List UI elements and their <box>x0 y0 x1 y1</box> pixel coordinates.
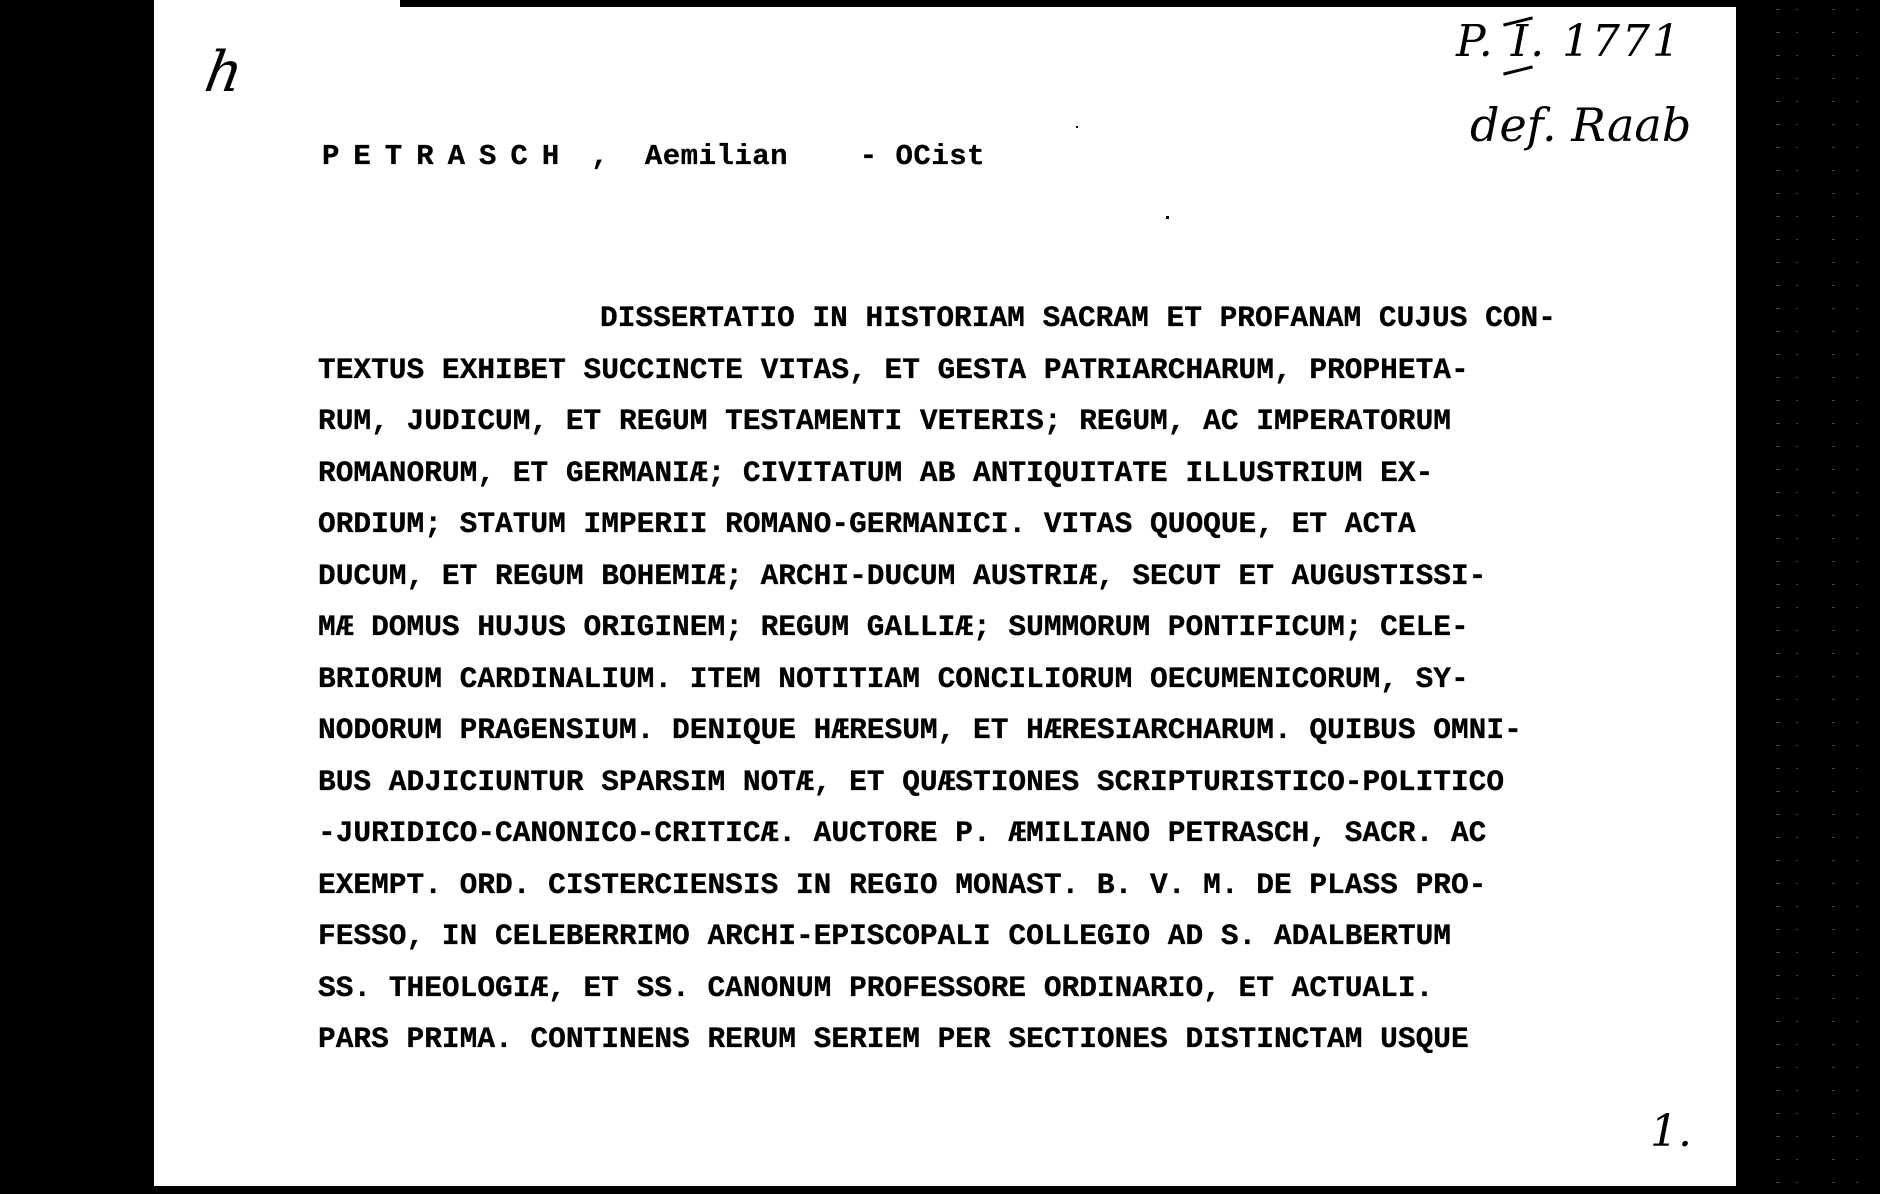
title-line: EXEMPT. ORD. CISTERCIENSIS IN REGIO MONA… <box>318 860 1698 912</box>
title-line: RUM, JUDICUM, ET REGUM TESTAMENTI VETERI… <box>318 396 1698 448</box>
title-line: ORDIUM; STATUM IMPERII ROMANO-GERMANICI.… <box>318 499 1698 551</box>
title-line: FESSO, IN CELEBERRIMO ARCHI-EPISCOPALI C… <box>318 911 1698 963</box>
author-given-name: Aemilian <box>645 140 788 173</box>
title-line: DUCUM, ET REGUM BOHEMIÆ; ARCHI-DUCUM AUS… <box>318 551 1698 603</box>
handwritten-note: def. Raab <box>1470 98 1691 152</box>
title-line: DISSERTATIO IN HISTORIAM SACRAM ET PROFA… <box>318 293 1698 345</box>
title-description: DISSERTATIO IN HISTORIAM SACRAM ET PROFA… <box>318 293 1698 1066</box>
card-heading: PETRASCH , Aemilian - OCist <box>322 140 985 173</box>
heading-separator: , <box>591 140 609 173</box>
title-line: PARS PRIMA. CONTINENS RERUM SERIEM PER S… <box>318 1014 1698 1066</box>
handwritten-page-number: 1. <box>1650 1106 1692 1157</box>
title-line: BRIORUM CARDINALIUM. ITEM NOTITIAM CONCI… <box>318 654 1698 706</box>
title-line: ROMANORUM, ET GERMANIÆ; CIVITATUM AB ANT… <box>318 448 1698 500</box>
shelfmark-number: . 1771 <box>1530 16 1682 67</box>
handwritten-shelfmark: P. I. 1771 <box>1456 20 1682 64</box>
religious-order: - OCist <box>860 140 985 173</box>
title-line: NODORUM PRAGENSIUM. DENIQUE HÆRESUM, ET … <box>318 705 1698 757</box>
scan-speck <box>1166 216 1169 219</box>
title-line: MÆ DOMUS HUJUS ORIGINEM; REGUM GALLIÆ; S… <box>318 602 1698 654</box>
author-surname: PETRASCH <box>322 140 573 173</box>
title-line: -JURIDICO-CANONICO-CRITICÆ. AUCTORE P. Æ… <box>318 808 1698 860</box>
shelfmark-roman-numeral: I <box>1511 20 1530 64</box>
scan-edge-noise <box>1736 0 1880 1194</box>
title-line: BUS ADJICIUNTUR SPARSIM NOTÆ, ET QUÆSTIO… <box>318 757 1698 809</box>
scan-speck <box>1076 126 1078 128</box>
shelfmark-prefix: P. <box>1456 16 1495 67</box>
title-line: SS. THEOLOGIÆ, ET SS. CANONUM PROFESSORE… <box>318 963 1698 1015</box>
title-line: TEXTUS EXHIBET SUCCINCTE VITAS, ET GESTA… <box>318 345 1698 397</box>
scan-top-edge <box>400 0 1740 7</box>
